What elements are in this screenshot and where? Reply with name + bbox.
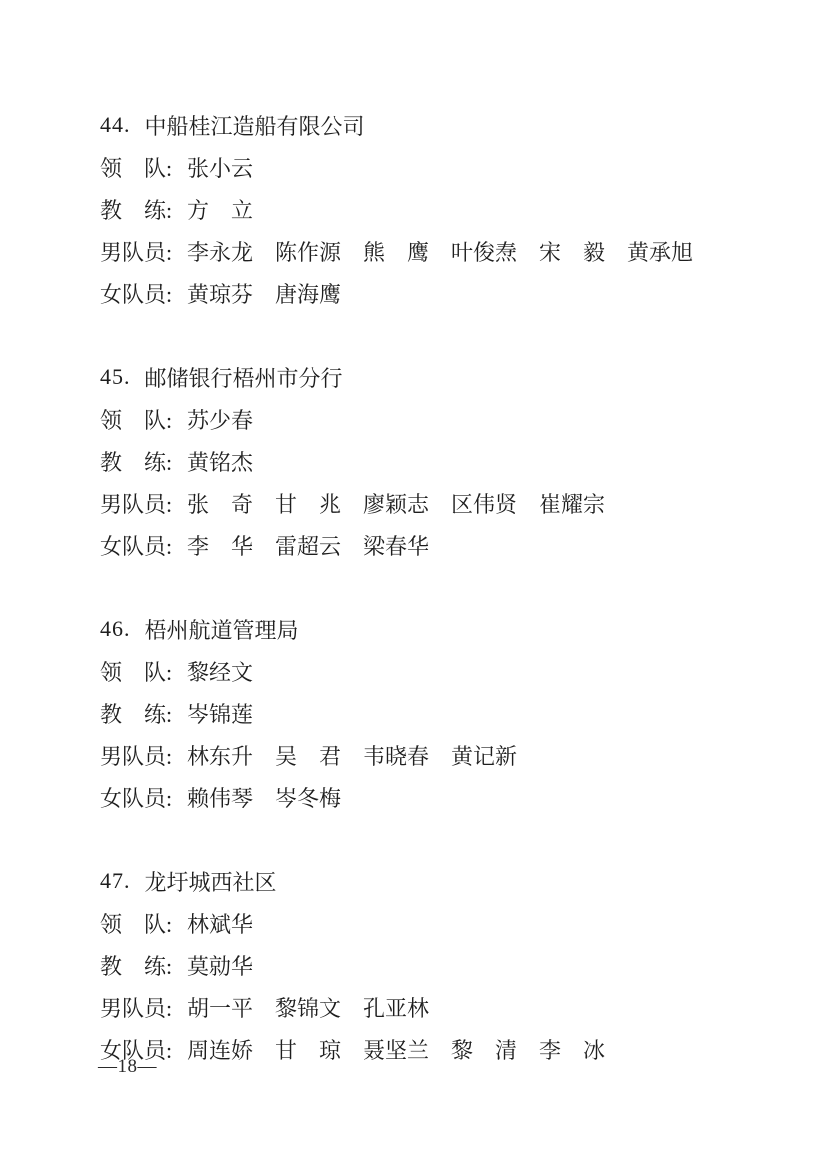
row-label: 男队员:	[100, 236, 179, 267]
row-label: 男队员:	[100, 488, 179, 519]
page-content: 44. 中船桂江造船有限公司 领 队: 张小云 教 练: 方 立 男队员: 李永…	[100, 104, 766, 1112]
female-players-row: 女队员: 李 华 雷超云 梁春华	[100, 524, 766, 566]
coach-row: 教 练: 莫勍华	[100, 944, 766, 986]
leader-row: 领 队: 苏少春	[100, 398, 766, 440]
male-players-row: 男队员: 张 奇 甘 兆 廖颖志 区伟贤 崔耀宗	[100, 482, 766, 524]
row-value: 黎经文	[187, 656, 253, 687]
row-value: 黄琼芬 唐海鹰	[187, 278, 341, 309]
row-label: 男队员:	[100, 740, 179, 771]
row-value: 苏少春	[187, 404, 253, 435]
row-value: 张小云	[187, 152, 253, 183]
coach-row: 教 练: 黄铭杰	[100, 440, 766, 482]
row-value: 张 奇 甘 兆 廖颖志 区伟贤 崔耀宗	[187, 488, 605, 519]
row-label: 男队员:	[100, 992, 179, 1023]
row-value: 莫勍华	[187, 950, 253, 981]
team-section-46: 46. 梧州航道管理局 领 队: 黎经文 教 练: 岑锦莲 男队员: 林东升 吴…	[100, 608, 766, 818]
row-label: 领 队:	[100, 908, 179, 939]
team-title-line: 46. 梧州航道管理局	[100, 608, 766, 650]
team-name: 龙圩城西社区	[145, 866, 277, 897]
female-players-row: 女队员: 周连娇 甘 琼 聂坚兰 黎 清 李 冰	[100, 1028, 766, 1070]
team-section-44: 44. 中船桂江造船有限公司 领 队: 张小云 教 练: 方 立 男队员: 李永…	[100, 104, 766, 314]
page-number: —18—	[98, 1056, 157, 1078]
document-page: 44. 中船桂江造船有限公司 领 队: 张小云 教 练: 方 立 男队员: 李永…	[0, 0, 826, 1169]
leader-row: 领 队: 黎经文	[100, 650, 766, 692]
row-value: 李永龙 陈作源 熊 鹰 叶俊焘 宋 毅 黄承旭	[187, 236, 693, 267]
section-number: 44.	[100, 112, 131, 138]
row-value: 赖伟琴 岑冬梅	[187, 782, 341, 813]
row-label: 教 练:	[100, 446, 179, 477]
row-value: 黄铭杰	[187, 446, 253, 477]
team-title-line: 45. 邮储银行梧州市分行	[100, 356, 766, 398]
row-value: 岑锦莲	[187, 698, 253, 729]
row-label: 女队员:	[100, 782, 179, 813]
section-number: 46.	[100, 616, 131, 642]
row-label: 教 练:	[100, 194, 179, 225]
male-players-row: 男队员: 胡一平 黎锦文 孔亚林	[100, 986, 766, 1028]
row-label: 领 队:	[100, 656, 179, 687]
team-name: 邮储银行梧州市分行	[145, 362, 343, 393]
row-value: 李 华 雷超云 梁春华	[187, 530, 429, 561]
team-title-line: 47. 龙圩城西社区	[100, 860, 766, 902]
row-value: 林东升 吴 君 韦晓春 黄记新	[187, 740, 517, 771]
male-players-row: 男队员: 李永龙 陈作源 熊 鹰 叶俊焘 宋 毅 黄承旭	[100, 230, 766, 272]
team-name: 中船桂江造船有限公司	[145, 110, 365, 141]
coach-row: 教 练: 方 立	[100, 188, 766, 230]
row-label: 教 练:	[100, 950, 179, 981]
team-section-47: 47. 龙圩城西社区 领 队: 林斌华 教 练: 莫勍华 男队员: 胡一平 黎锦…	[100, 860, 766, 1070]
row-label: 女队员:	[100, 278, 179, 309]
female-players-row: 女队员: 黄琼芬 唐海鹰	[100, 272, 766, 314]
row-label: 教 练:	[100, 698, 179, 729]
leader-row: 领 队: 林斌华	[100, 902, 766, 944]
row-label: 领 队:	[100, 152, 179, 183]
leader-row: 领 队: 张小云	[100, 146, 766, 188]
team-section-45: 45. 邮储银行梧州市分行 领 队: 苏少春 教 练: 黄铭杰 男队员: 张 奇…	[100, 356, 766, 566]
team-name: 梧州航道管理局	[145, 614, 299, 645]
row-value: 林斌华	[187, 908, 253, 939]
row-value: 周连娇 甘 琼 聂坚兰 黎 清 李 冰	[187, 1034, 605, 1065]
row-value: 胡一平 黎锦文 孔亚林	[187, 992, 429, 1023]
section-number: 45.	[100, 364, 131, 390]
row-label: 领 队:	[100, 404, 179, 435]
male-players-row: 男队员: 林东升 吴 君 韦晓春 黄记新	[100, 734, 766, 776]
row-label: 女队员:	[100, 530, 179, 561]
row-value: 方 立	[187, 194, 253, 225]
section-number: 47.	[100, 868, 131, 894]
female-players-row: 女队员: 赖伟琴 岑冬梅	[100, 776, 766, 818]
coach-row: 教 练: 岑锦莲	[100, 692, 766, 734]
team-title-line: 44. 中船桂江造船有限公司	[100, 104, 766, 146]
